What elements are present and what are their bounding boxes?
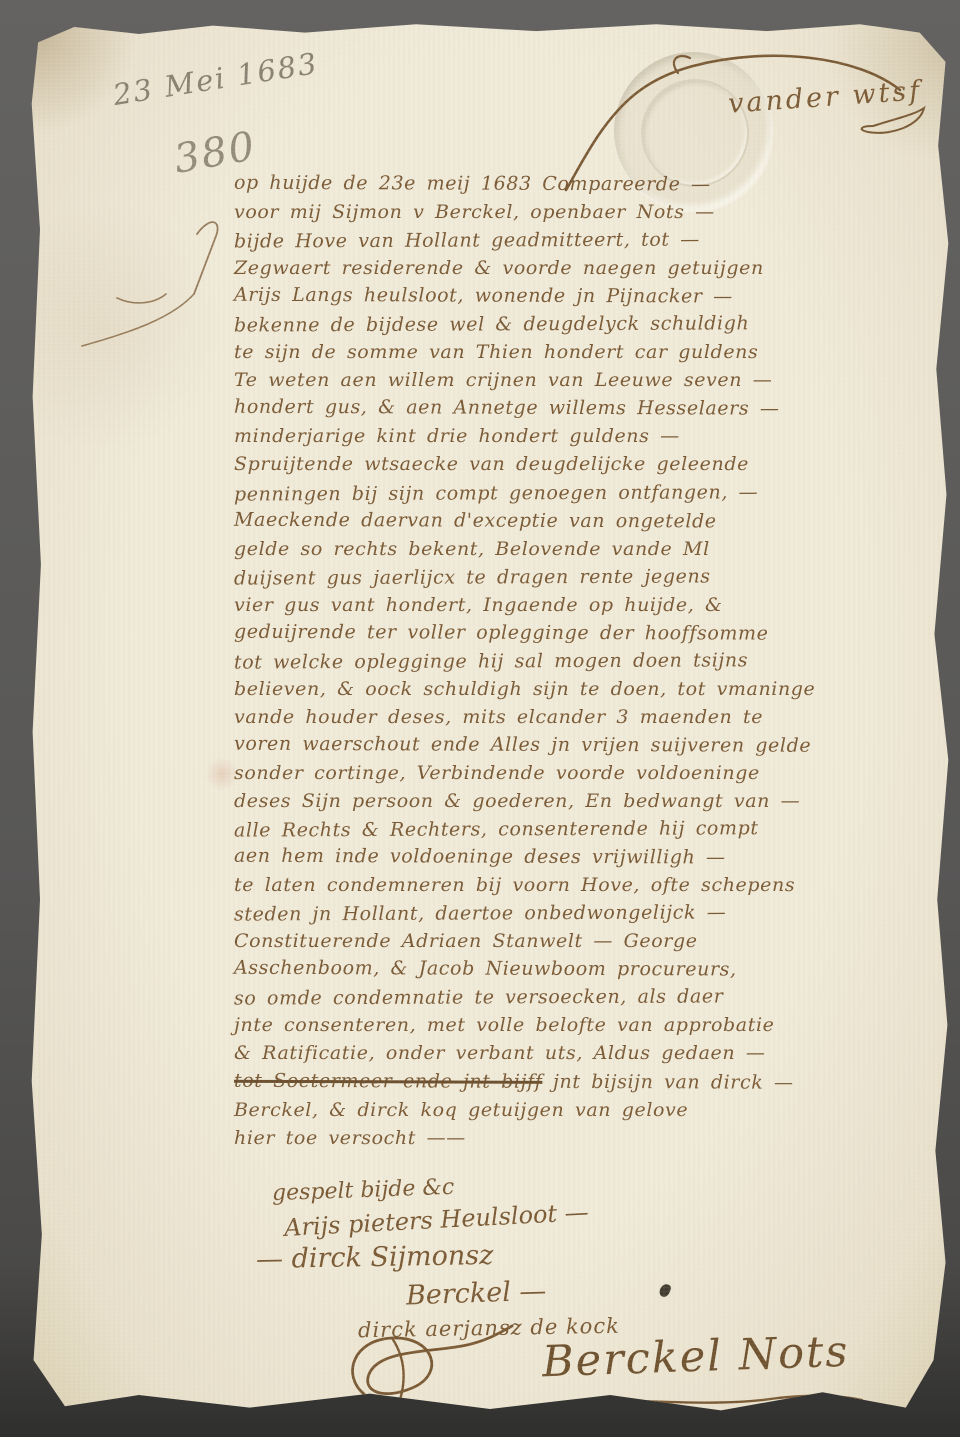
- signature-witness-dirck-sijmonsz: — dirck Sijmonsz: [256, 1240, 494, 1275]
- manuscript-page: 23 Mei 1683 380 vander wtsf op huijde de…: [28, 20, 952, 1416]
- manuscript-line: voren waerschout ende Alles jn vrijen su…: [234, 730, 940, 761]
- manuscript-line: geduijrende ter voller oplegginge der ho…: [234, 618, 940, 649]
- manuscript-line: te laten condemneren bij voorn Hove, oft…: [234, 871, 940, 899]
- manuscript-line: Maeckende daervan d'exceptie van ongetel…: [234, 505, 940, 536]
- manuscript-line: penningen bij sijn compt genoegen ontfan…: [234, 477, 940, 508]
- manuscript-line: voor mij Sijmon v Berckel, openbaer Nots…: [234, 198, 940, 226]
- signature-witness-heulsloot: Arijs pieters Heulsloot —: [283, 1198, 589, 1242]
- manuscript-line: Asschenboom, & Jacob Nieuwboom procureur…: [234, 954, 940, 985]
- manuscript-line: aen hem inde voldoeninge deses vrijwilli…: [234, 842, 940, 873]
- notary-paraph-icon: [334, 1316, 524, 1426]
- signature-witness-berckel: Berckel —: [406, 1276, 547, 1312]
- manuscript-line: Spruijtende wtsaecke van deugdelijcke ge…: [234, 450, 940, 478]
- manuscript-line: bijde Hove van Hollant geadmitteert, tot…: [234, 225, 940, 256]
- manuscript-line: gelde so rechts bekent, Belovende vande …: [234, 535, 940, 563]
- manuscript-line: believen, & oock schuldigh sijn te doen,…: [234, 675, 940, 703]
- manuscript-line: Berckel, & dirck koq getuijgen van gelov…: [234, 1096, 940, 1124]
- ink-blot: [658, 1283, 672, 1298]
- manuscript-body: op huijde de 23e meij 1683 Compareerde —…: [234, 170, 940, 1152]
- manuscript-line: deses Sijn persoon & goederen, En bedwan…: [234, 787, 940, 815]
- manuscript-line: hondert gus, & aen Annetge willems Hesse…: [234, 393, 940, 424]
- notary-signature: Berckel Nots: [541, 1327, 850, 1388]
- manuscript-line: sonder cortinge, Verbindende voorde vold…: [234, 759, 940, 787]
- manuscript-line: bekenne de bijdese wel & deugdelyck schu…: [234, 309, 940, 340]
- manuscript-line: Te weten aen willem crijnen van Leeuwe s…: [234, 366, 940, 394]
- manuscript-line: minderjarige kint drie hondert guldens —: [234, 422, 940, 450]
- strikethrough-text: tot Soetermeer ende jnt bijff: [234, 1069, 542, 1092]
- manuscript-line: op huijde de 23e meij 1683 Compareerde —: [234, 169, 940, 200]
- manuscript-line: & Ratificatie, onder verbant uts, Aldus …: [234, 1039, 940, 1067]
- manuscript-line-with-strikethrough: tot Soetermeer ende jnt bijff jnt bijsij…: [234, 1066, 940, 1097]
- manuscript-line: hier toe versocht ——: [234, 1124, 940, 1152]
- manuscript-line: duijsent gus jaerlijcx te dragen rente j…: [234, 561, 940, 592]
- manuscript-line: te sijn de somme van Thien hondert car g…: [234, 338, 940, 366]
- manuscript-line: tot welcke oplegginge hij sal mogen doen…: [234, 645, 940, 676]
- manuscript-line: steden jn Hollant, daertoe onbedwongelij…: [234, 898, 940, 929]
- manuscript-line: vande houder deses, mits elcander 3 maen…: [234, 703, 940, 731]
- manuscript-line: vier gus vant hondert, Ingaende op huijd…: [234, 591, 940, 619]
- scan-background: { "annotations": { "date_pencil": "23 Me…: [0, 0, 960, 1437]
- manuscript-line-continuation: jnt bijsijn van dirck —: [542, 1070, 793, 1093]
- margin-paraph-icon: [62, 206, 262, 356]
- signature-underline-flourish-icon: [548, 1388, 868, 1414]
- manuscript-line: jnte consenteren, met volle belofte van …: [234, 1011, 940, 1039]
- manuscript-line: Zegwaert residerende & voorde naegen get…: [234, 254, 940, 282]
- manuscript-line: Arijs Langs heulsloot, wonende jn Pijnac…: [234, 281, 940, 312]
- manuscript-line: so omde condemnatie te versoecken, als d…: [234, 982, 940, 1013]
- manuscript-line: alle Rechts & Rechters, consenterende hi…: [234, 814, 940, 845]
- pencil-date-annotation: 23 Mei 1683: [111, 46, 321, 112]
- manuscript-line: Constituerende Adriaen Stanwelt — George: [234, 927, 940, 955]
- attestation-line: gespelt bijde &c: [272, 1175, 455, 1206]
